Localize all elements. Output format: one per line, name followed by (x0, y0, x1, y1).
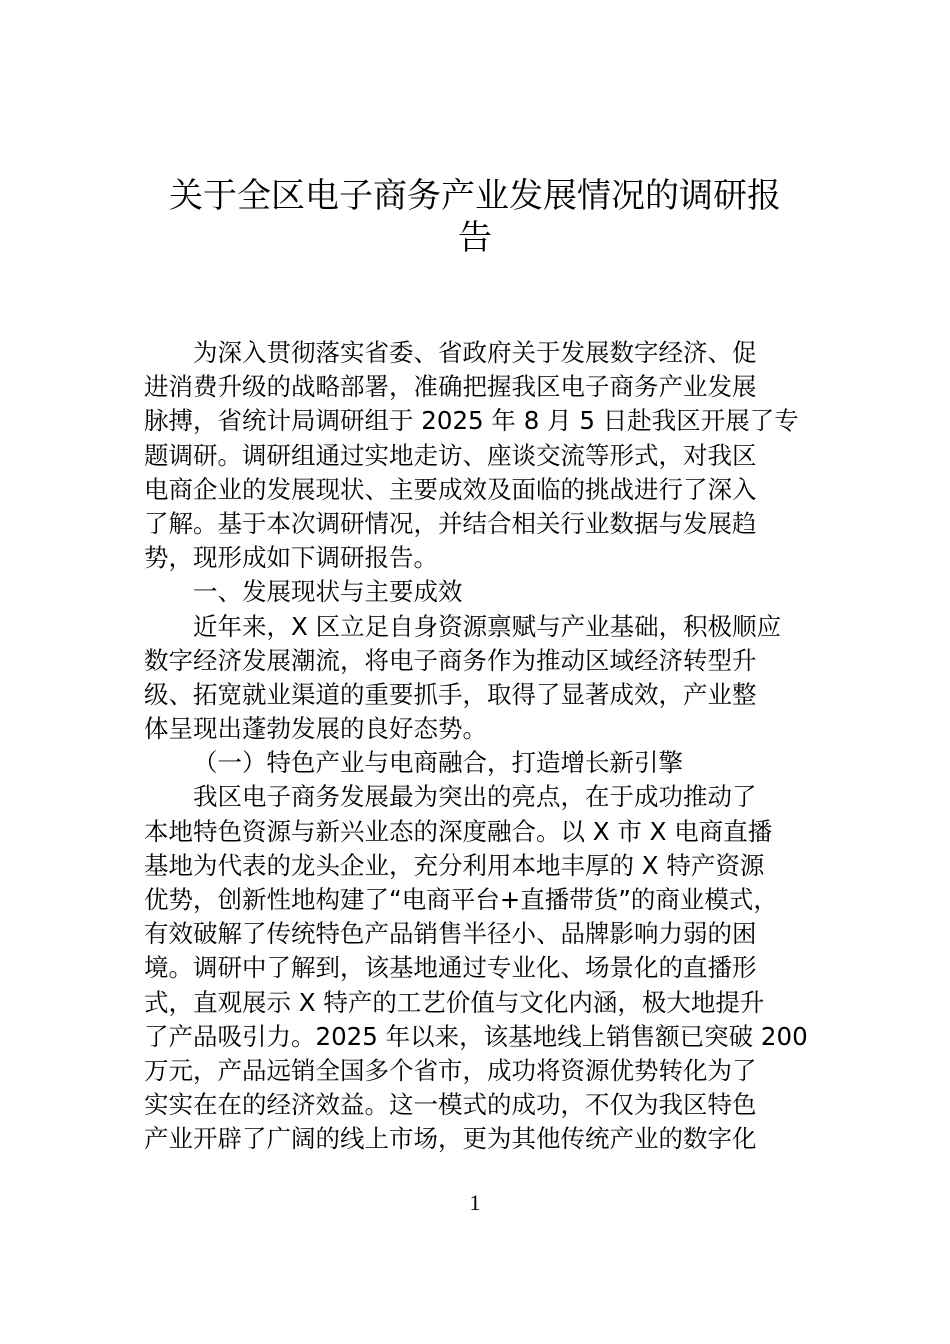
body-line: 了产品吸引力。2025 年以来，该基地线上销售额已突破 200 (144, 1020, 814, 1054)
body-line: 优势，创新性地构建了“电商平台+直播带货”的商业模式， (144, 883, 814, 917)
body-line: 脉搏，省统计局调研组于 2025 年 8 月 5 日赴我区开展了专 (144, 404, 814, 438)
body-line: 境。调研中了解到，该基地通过专业化、场景化的直播形 (144, 951, 814, 985)
body-line: 为深入贯彻落实省委、省政府关于发展数字经济、促 (144, 336, 814, 370)
document-page: 关于全区电子商务产业发展情况的调研报 告 为深入贯彻落实省委、省政府关于发展数字… (0, 0, 950, 1344)
document-title-line-2: 告 (140, 218, 810, 258)
body-line: 数字经济发展潮流，将电子商务作为推动区域经济转型升 (144, 644, 814, 678)
page-number: 1 (0, 1190, 950, 1216)
body-line: 电商企业的发展现状、主要成效及面临的挑战进行了深入 (144, 473, 814, 507)
body-line: 基地为代表的龙头企业，充分利用本地丰厚的 X 特产资源 (144, 849, 814, 883)
body-line: 万元，产品远销全国多个省市，成功将资源优势转化为了 (144, 1054, 814, 1088)
body-line: 有效破解了传统特色产品销售半径小、品牌影响力弱的困 (144, 917, 814, 951)
body-line: 式，直观展示 X 特产的工艺价值与文化内涵，极大地提升 (144, 986, 814, 1020)
body-line: 一、发展现状与主要成效 (144, 575, 814, 609)
body-line: 近年来，X 区立足自身资源禀赋与产业基础，积极顺应 (144, 610, 814, 644)
body-line: 我区电子商务发展最为突出的亮点，在于成功推动了 (144, 780, 814, 814)
document-title-line-1: 关于全区电子商务产业发展情况的调研报 (140, 176, 810, 216)
body-line: 体呈现出蓬勃发展的良好态势。 (144, 712, 814, 746)
body-line: 实实在在的经济效益。这一模式的成功，不仅为我区特色 (144, 1088, 814, 1122)
body-line: 题调研。调研组通过实地走访、座谈交流等形式，对我区 (144, 439, 814, 473)
body-line: （一）特色产业与电商融合，打造增长新引擎 (144, 746, 814, 780)
body-line: 了解。基于本次调研情况，并结合相关行业数据与发展趋 (144, 507, 814, 541)
body-line: 产业开辟了广阔的线上市场，更为其他传统产业的数字化 (144, 1122, 814, 1156)
body-line: 势，现形成如下调研报告。 (144, 541, 814, 575)
body-line: 进消费升级的战略部署，准确把握我区电子商务产业发展 (144, 370, 814, 404)
document-body: 为深入贯彻落实省委、省政府关于发展数字经济、促进消费升级的战略部署，准确把握我区… (144, 336, 814, 1157)
body-line: 本地特色资源与新兴业态的深度融合。以 X 市 X 电商直播 (144, 815, 814, 849)
body-line: 级、拓宽就业渠道的重要抓手，取得了显著成效，产业整 (144, 678, 814, 712)
